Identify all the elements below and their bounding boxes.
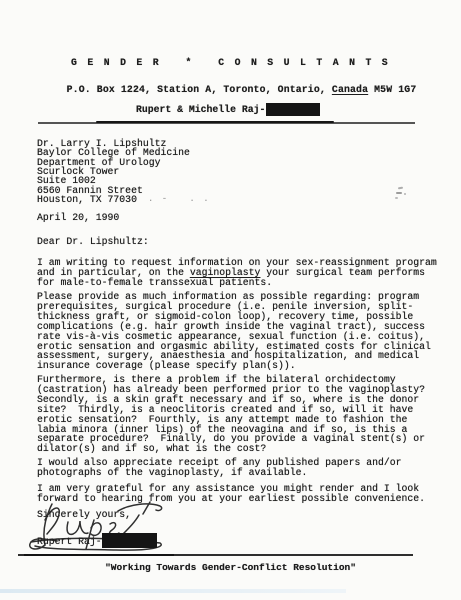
letterhead-divider-dark-segment <box>96 121 334 124</box>
letterhead-contact-names-row: Rupert & Michelle Raj- <box>136 103 320 116</box>
letterhead-address-prefix: P.O. Box 1224, Station A, Toronto, Ontar… <box>67 84 332 95</box>
scan-artifact-smudge <box>404 193 406 195</box>
scan-artifact-smudge <box>396 192 402 194</box>
scanned-letter-page: G E N D E R * C O N S U L T A N T S P.O.… <box>0 0 461 600</box>
footer-motto: "Working Towards Gender-Conflict Resolut… <box>0 563 461 573</box>
redaction-box-header <box>266 103 320 116</box>
scan-artifact-blue-band <box>0 589 346 593</box>
paragraph-3: Furthermore, is there a problem if the b… <box>37 375 425 454</box>
redaction-box-signature <box>102 533 157 548</box>
salutation: Dear Dr. Lipshultz: <box>37 237 149 247</box>
letterhead-address-country: Canada <box>332 84 368 95</box>
letter-date: April 20, 1990 <box>37 213 119 223</box>
letterhead-address: P.O. Box 1224, Station A, Toronto, Ontar… <box>0 85 461 95</box>
signature-typed-name: Rupert Raj- <box>37 537 102 547</box>
paragraph-4: I would also appreciate receipt of any p… <box>37 458 402 478</box>
letterhead-title: G E N D E R * C O N S U L T A N T S <box>0 58 461 68</box>
letterhead-address-suffix: M5W 1G7 <box>368 84 416 95</box>
scan-artifact-dots: . - . . <box>148 195 210 205</box>
letterhead-contact-names: Rupert & Michelle Raj- <box>136 105 265 115</box>
signature-scrawl <box>24 498 204 558</box>
scan-artifact-smudge <box>398 187 403 190</box>
scan-artifact-smudge <box>395 197 398 199</box>
footer-divider-dark-segment <box>24 554 174 557</box>
paragraph-2: Please provide as much information as po… <box>37 292 431 371</box>
paragraph-1: I am writing to request information on y… <box>37 258 437 288</box>
